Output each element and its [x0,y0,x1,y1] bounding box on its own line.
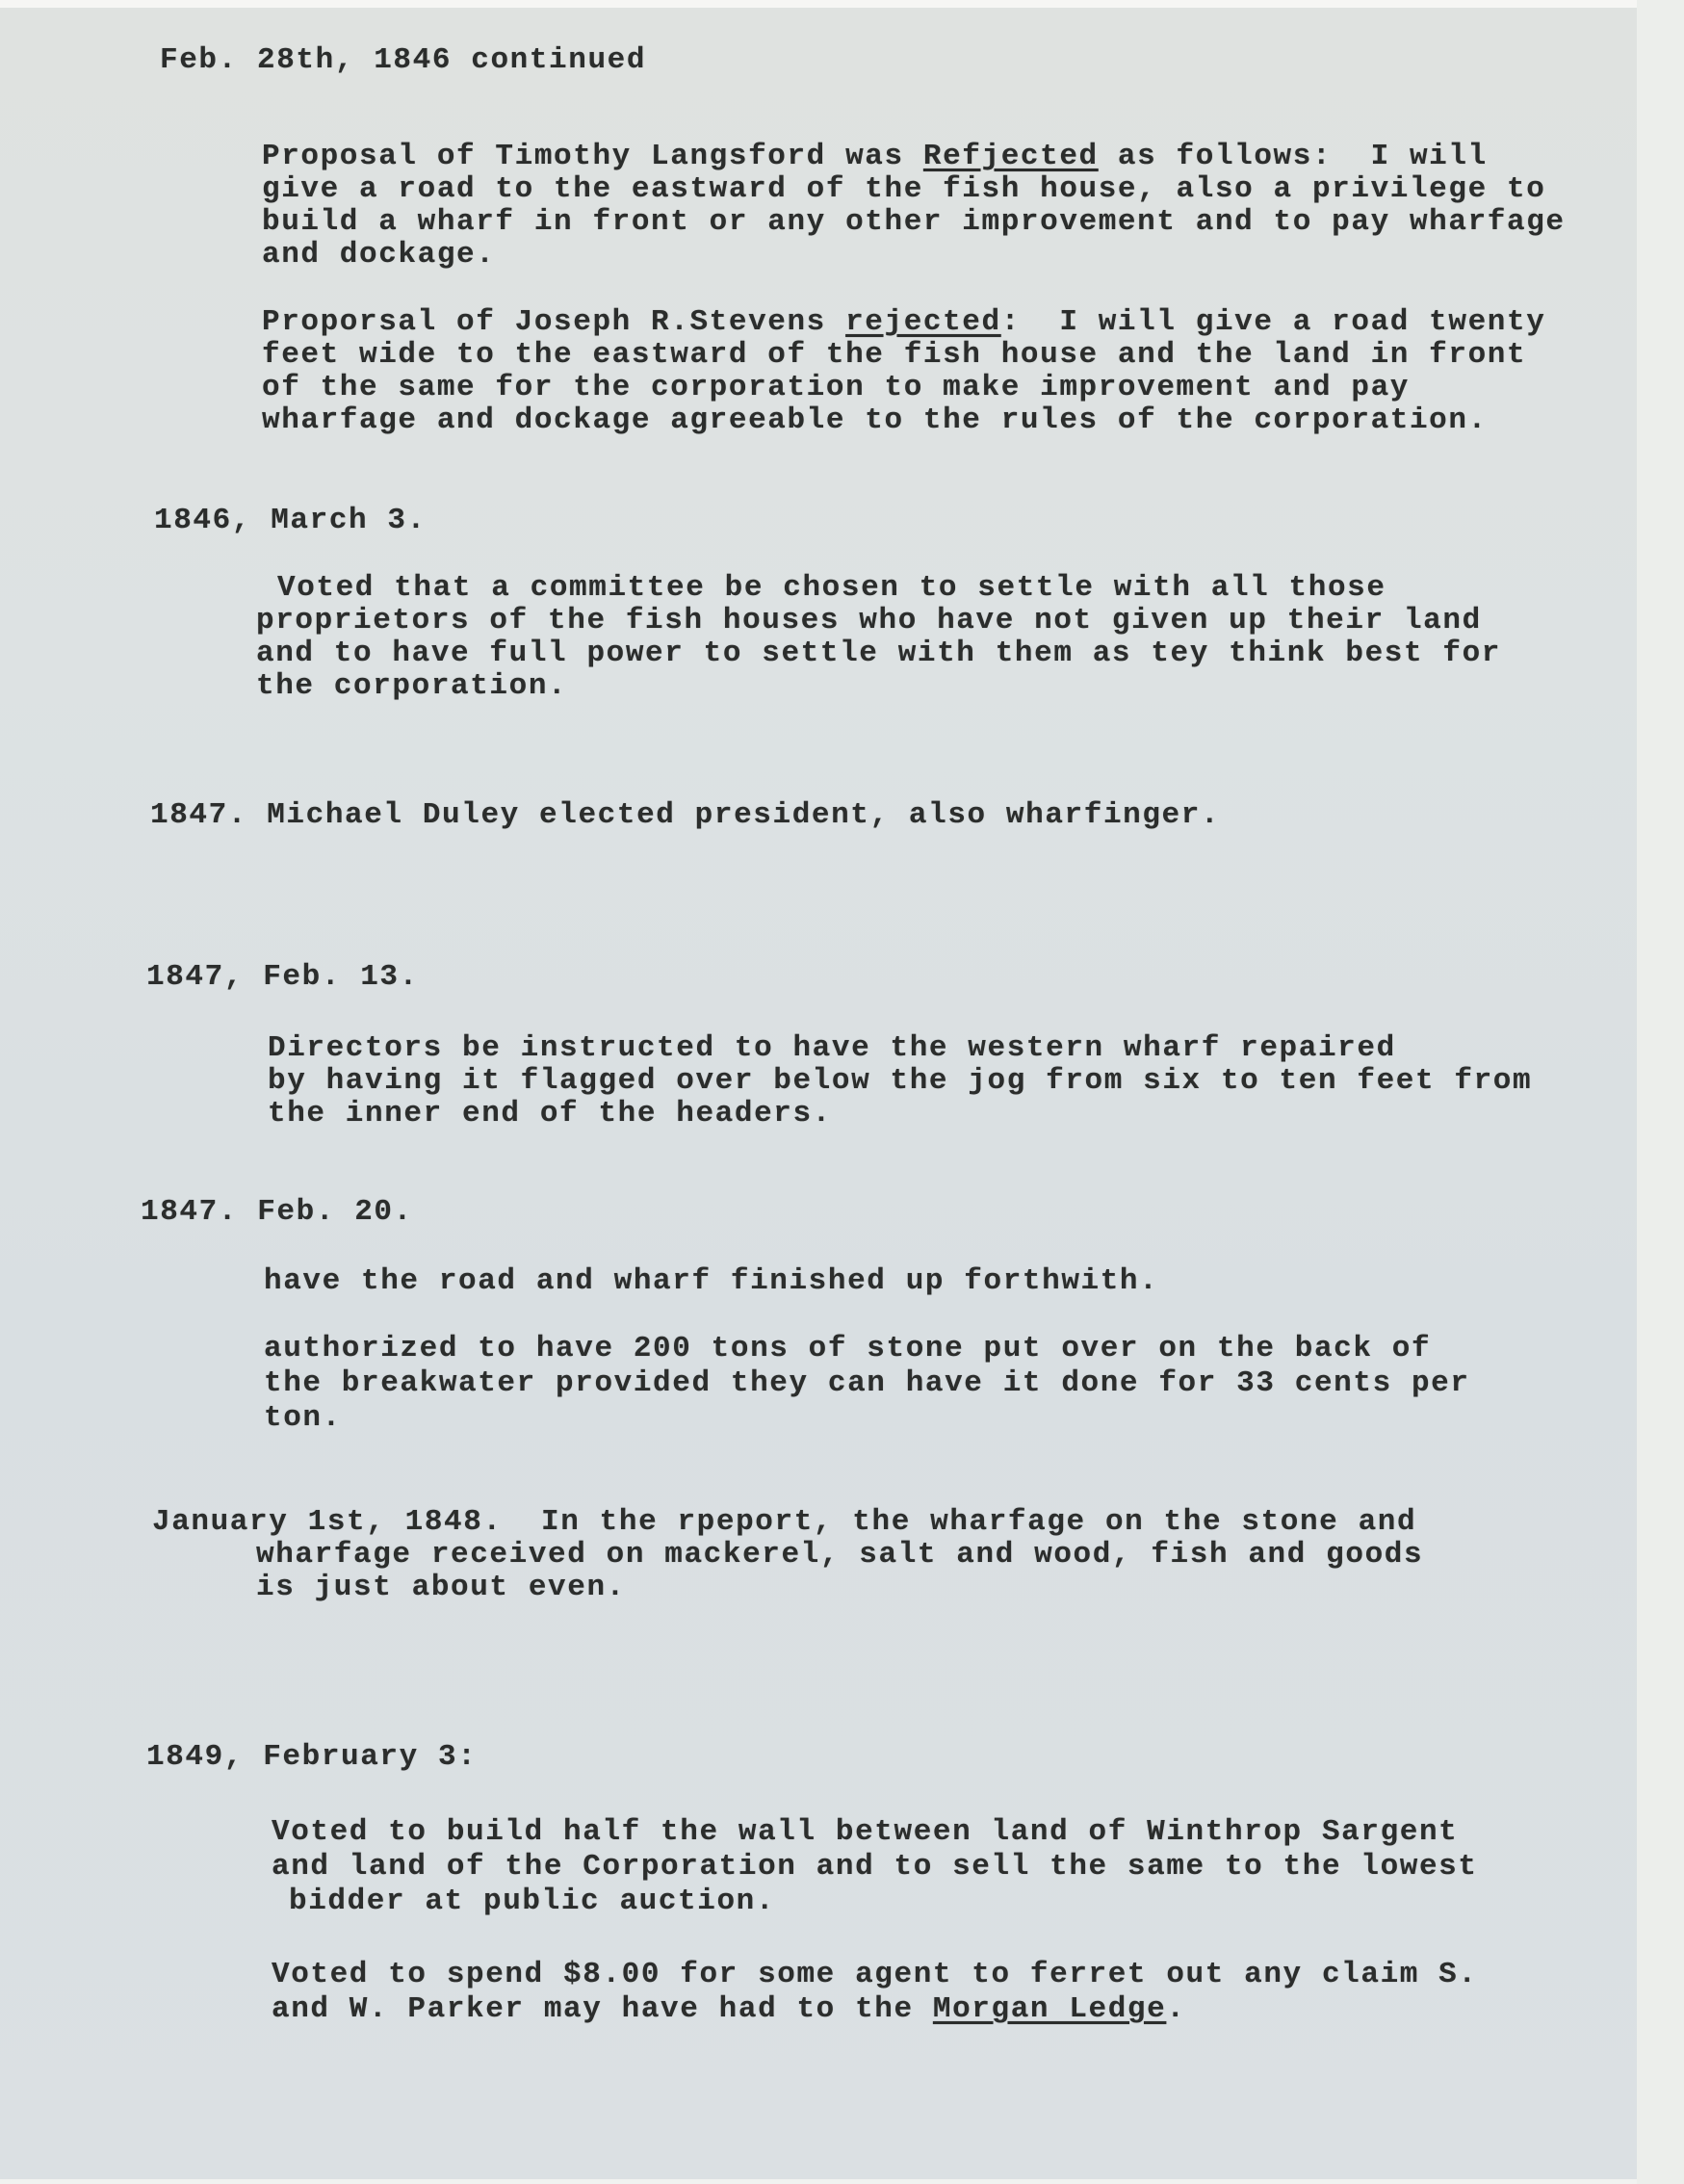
stone-authorization-line-2: the breakwater provided they can have it… [264,1367,1470,1400]
entry-date-1846-march-3: 1846, March 3. [154,505,427,537]
stevens-proposal-line-1: Proporsal of Joseph R.Stevens rejected: … [262,306,1545,339]
langsford-proposal-line-4: and dockage. [262,239,495,272]
page-header: Feb. 28th, 1846 continued [160,44,646,77]
scan-right-margin [1637,0,1684,2184]
report-1848-line-2: wharfage received on mackerel, salt and … [256,1539,1423,1572]
stone-authorization-line-1: authorized to have 200 tons of stone put… [264,1333,1431,1365]
wharf-repair-line-3: the inner end of the headers. [268,1098,832,1131]
entry-1847-election: 1847. Michael Duley elected president, a… [150,799,1220,832]
committee-vote-line-3: and to have full power to settle with th… [256,637,1501,670]
wall-vote-line-2: and land of the Corporation and to sell … [272,1851,1478,1884]
wall-vote-line-3: bidder at public auction. [289,1885,775,1918]
committee-vote-line-2: proprietors of the fish houses who have … [256,605,1482,637]
committee-vote-line-4: the corporation. [256,670,567,703]
entry-date-1847: 1847. [150,798,247,832]
wall-vote-line-1: Voted to build half the wall between lan… [272,1816,1458,1849]
langsford-proposal-line-1: Proposal of Timothy Langsford was Refjec… [262,141,1488,173]
wharf-repair-line-1: Directors be instructed to have the west… [268,1032,1396,1065]
parker-claim-line-2: and W. Parker may have had to the Morgan… [272,1993,1186,2026]
report-1848-line-1: January 1st, 1848. In the rpeport, the w… [152,1506,1416,1539]
report-1848-line-3: is just about even. [256,1572,626,1604]
stevens-proposal-line-4: wharfage and dockage agreeable to the ru… [262,404,1488,437]
underlined-word: Morgan Ledge [933,1992,1166,2026]
road-wharf-finish-line: have the road and wharf finished up fort… [264,1265,1158,1298]
scan-top-edge [0,0,1684,8]
langsford-proposal-line-3: build a wharf in front or any other impr… [262,206,1566,239]
underlined-word: rejected [845,305,1001,339]
stevens-proposal-line-3: of the same for the corporation to make … [262,372,1410,404]
wharf-repair-line-2: by having it flagged over below the jog … [268,1065,1532,1098]
stevens-proposal-line-2: feet wide to the eastward of the fish ho… [262,339,1526,372]
underlined-word: Refjected [923,140,1099,173]
entry-date-1847-feb-13: 1847, Feb. 13. [146,961,419,994]
election-text: Michael Duley elected president, also wh… [267,798,1220,832]
langsford-proposal-line-2: give a road to the eastward of the fish … [262,173,1545,206]
entry-date-1849-feb-3: 1849, February 3: [146,1741,477,1774]
stone-authorization-line-3: ton. [264,1402,342,1435]
parker-claim-line-1: Voted to spend $8.00 for some agent to f… [272,1959,1478,1991]
entry-date-1847-feb-20: 1847. Feb. 20. [141,1196,413,1229]
committee-vote-line-1: Voted that a committee be chosen to sett… [277,572,1386,605]
